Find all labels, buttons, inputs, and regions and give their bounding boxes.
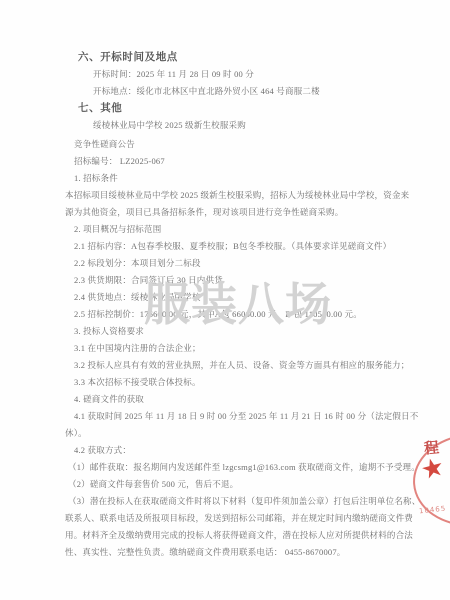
section-heading-open-bid: 六、开标时间及地点 — [78, 49, 395, 66]
item-1-paragraph-b: 源为其他资金，项目已具备招标条件，现对该项目进行竞争性磋商采购。 — [65, 204, 395, 221]
item-1-paragraph-a: 本招标项目绥棱林业局中学校 2025 级新生校服采购，招标人为绥棱林业局中学校，… — [65, 187, 395, 204]
method-3-materials: （3）潜在投标人在获取磋商文件时将以下材料（复印件须加盖公章）打包后注明单位名称… — [68, 493, 395, 510]
item-3-1: 3.1 在中国境内注册的合法企业； — [74, 340, 395, 357]
item-3-2: 3.2 投标人应具有有效的营业执照，并在人员、设备、资金等方面具有相应的服务能力… — [74, 357, 395, 374]
tender-number-line: 招标编号： LZ2025-067 — [74, 153, 395, 170]
open-bid-location: 开标地点：绥化市北林区中直北路外贸小区 464 号商服二楼 — [93, 83, 395, 100]
red-seal-stamp: 程 ★ 10465 — [408, 430, 450, 526]
item-4-2: 4.2 获取方式： — [74, 442, 395, 459]
method-1-email: （1）邮件获取：报名期间内发送邮件至 lzgcsmg1@163.com 获取磋商… — [68, 459, 395, 476]
item-4-1: 4.1 获取时间 2025 年 11 月 18 日 9 时 00 分至 2025… — [74, 408, 395, 425]
document-page: 六、开标时间及地点 开标时间：2025 年 11 月 28 日 09 时 00 … — [0, 0, 450, 600]
item-4-heading: 4. 磋商文件的获取 — [74, 391, 395, 408]
method-2-price: （2）磋商文件每套售价 500 元，售后不退。 — [68, 476, 395, 493]
item-1-heading: 1. 招标条件 — [74, 170, 395, 187]
announcement-type-line: 竞争性磋商公告 — [74, 136, 395, 153]
method-3-continued-b: 用。材料齐全及缴纳费用完成的投标人将获得磋商文件，潜在投标人应对所提供材料的合法 — [65, 527, 395, 544]
item-2-heading: 2. 项目概况与招标范围 — [74, 221, 395, 238]
section-heading-other: 七、其他 — [78, 100, 395, 117]
item-3-3: 3.3 本次招标不接受联合体投标。 — [74, 374, 395, 391]
item-4-1-continued: 休）。 — [65, 425, 395, 442]
method-3-continued-a: 联系人、联系电话及所报项目标段，发送到招标公司邮箱，并在规定时间内缴纳磋商文件费 — [65, 510, 395, 527]
method-3-continued-c: 性、真实性、完整性负责。缴纳磋商文件费用联系电话： 0455-8670007。 — [65, 544, 395, 561]
item-2-1: 2.1 招标内容：A包春季校服、夏季校服；B包冬季校服。（具体要求详见磋商文件） — [74, 238, 395, 255]
project-name-line: 绥棱林业局中学校 2025 级新生校服采购 — [93, 117, 395, 134]
open-bid-time: 开标时间：2025 年 11 月 28 日 09 时 00 分 — [93, 66, 395, 83]
watermark-text: 服装八场 — [144, 268, 332, 334]
